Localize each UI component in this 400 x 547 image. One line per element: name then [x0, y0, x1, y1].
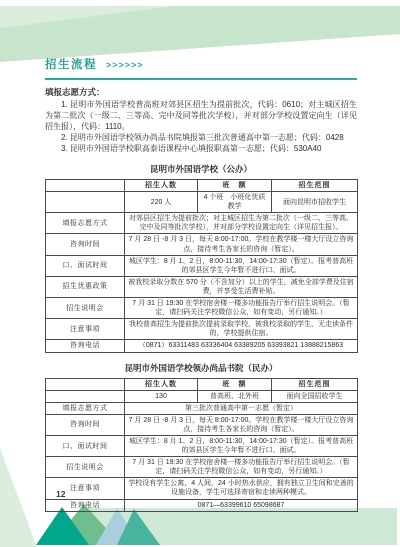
table-row: 咨询时间 7 月 28 日 -8 月 3 日，每天 8:00-17:00。学校在…: [46, 234, 358, 255]
book-page: 招生流程 >>>>>> 填报志愿方式： 1. 昆明市外国语学校普高班对郊县区招生…: [0, 0, 400, 547]
section-header: 招生流程 >>>>>>: [45, 56, 357, 80]
col-header-enrollment: 招生人数: [125, 378, 198, 390]
intro-lead: 填报志愿方式：: [45, 87, 357, 98]
row-value: 城区学生：8 月 1、2 日，8:00-11:30，14:00-17:30（暂定…: [125, 435, 358, 456]
table-row: 招生优惠政策 被我校录取分数在 570 分（不含加分）以上的学生，减免全部学费及…: [46, 276, 358, 297]
row-label: 招生说明会: [46, 298, 125, 319]
table-row: 填报志愿方式 对郊县区招生为提前批次；对主城区招生为第二批次（一级二、三等高、完…: [46, 213, 358, 234]
page-number: 12: [56, 489, 65, 499]
row-label: 填报志愿方式: [46, 213, 125, 234]
col-header-class-size: 班 额: [198, 180, 272, 192]
page-content: 招生流程 >>>>>> 填报志愿方式： 1. 昆明市外国语学校普高班对郊县区招生…: [45, 56, 357, 512]
class-size-value: 普高班、北外班: [198, 390, 272, 402]
row-label: 填报志愿方式: [46, 402, 125, 414]
enrollment-value: 130: [125, 390, 198, 402]
table-row: 口、面试时间 城区学生：8 月 1、2 日，8:00-11:30，14:00-1…: [46, 255, 358, 276]
class-size-value: 4 个班 小班化优质教学: [198, 192, 272, 213]
table1-public-school: 招生人数 班 额 招生范围 220 人 4 个班 小班化优质教学 面向昆明市招收…: [45, 179, 358, 353]
table-row: 咨询时间 7 月 28 日 -8 月 3 日，每天 8:00-17:00。学校在…: [46, 414, 358, 435]
col-header-scope: 招生范围: [272, 180, 358, 192]
enrollment-value: 220 人: [125, 192, 198, 213]
row-label: 咨询时间: [46, 414, 125, 435]
col-header-enrollment: 招生人数: [125, 180, 198, 192]
col-header-scope: 招生范围: [272, 378, 358, 390]
row-value: 7 月 31 日 19:30 在学校宿舍楼一楼多功能报告厅举行招生说明会。（暂定…: [125, 298, 358, 319]
intro-item-2: 2. 昆明市外国语学校领办尚品书院填报第三批次普通高中第一志愿；代码：0428: [45, 132, 357, 143]
row-label: 咨询电话: [46, 340, 125, 352]
table-row: 招生说明会 7 月 31 日 19:30 在学校宿舍楼一楼多功能报告厅举行招生说…: [46, 457, 358, 478]
table-row: 咨询电话 （0871）63311483 63336404 63389205 63…: [46, 340, 358, 352]
row-label: 咨询电话: [46, 499, 125, 511]
table-row: 220 人 4 个班 小班化优质教学 面向昆明市招收学生: [46, 192, 358, 213]
row-value: 对郊县区招生为提前批次；对主城区招生为第二批次（一级二、三等高、完中及同等批次学…: [125, 213, 358, 234]
table-row: 注意事项 学校设有学生公寓，4 人间，24 小时热水供应，拥有独立卫生间和完善的…: [46, 478, 358, 499]
empty-cell: [46, 378, 125, 390]
table-row: 招生人数 班 额 招生范围: [46, 378, 358, 390]
row-value: 7 月 31 日 19:30 在学校宿舍楼一楼多功能报告厅举行招生说明会。（暂定…: [125, 457, 358, 478]
row-label: 口、面试时间: [46, 255, 125, 276]
table-row: 填报志愿方式 第三批次普通高中第一志愿（暂定）: [46, 402, 358, 414]
row-value: （0871）63311483 63336404 63389205 6339382…: [125, 340, 358, 352]
row-label: 口、面试时间: [46, 435, 125, 456]
row-value: 0871—63399610 65098687: [125, 499, 358, 511]
empty-cell: [46, 390, 125, 402]
chevrons-decoration-icon: >>>>>>: [106, 60, 144, 70]
row-value: 7 月 28 日 -8 月 3 日，每天 8:00-17:00。学校在教学楼一楼…: [125, 234, 358, 255]
row-value: 被我校录取分数在 570 分（不含加分）以上的学生，减免全部学费及住宿费，并享受…: [125, 276, 358, 297]
table1-title: 昆明市外国语学校（公办）: [45, 163, 357, 175]
section-title: 招生流程: [45, 56, 97, 72]
intro-item-3: 3. 昆明市外国语学校职高泰语课程中心填报职高第一志愿；代码：530A40: [45, 143, 357, 154]
empty-cell: [46, 180, 125, 192]
table-row: 口、面试时间 城区学生：8 月 1、2 日，8:00-11:30，14:00-1…: [46, 435, 358, 456]
row-label: 招生说明会: [46, 457, 125, 478]
table2-private-academy: 招生人数 班 额 招生范围 130 普高班、北外班 面向全国招收学生 填报志愿方…: [45, 378, 358, 512]
row-value: 7 月 28 日 -8 月 3 日，每天 8:00-17:00。学校在教学楼一楼…: [125, 414, 358, 435]
row-value: 我校普高招生为提前批次提前录取学校，被我校录取的学生，无走读条件的，学校提供住宿…: [125, 319, 358, 340]
row-label: 咨询时间: [46, 234, 125, 255]
intro-paragraph: 填报志愿方式： 1. 昆明市外国语学校普高班对郊县区招生为提前批次，代码：061…: [45, 87, 357, 154]
row-label: 注意事项: [46, 319, 125, 340]
table-row: 咨询电话 0871—63399610 65098687: [46, 499, 358, 511]
row-label: 招生优惠政策: [46, 276, 125, 297]
table-row: 130 普高班、北外班 面向全国招收学生: [46, 390, 358, 402]
row-value: 第三批次普通高中第一志愿（暂定）: [125, 402, 358, 414]
row-value: 学校设有学生公寓，4 人间，24 小时热水供应，拥有独立卫生间和完善的设施设备，…: [125, 478, 358, 499]
scope-value: 面向全国招收学生: [272, 390, 358, 402]
table-row: 注意事项 我校普高招生为提前批次提前录取学校，被我校录取的学生，无走读条件的，学…: [46, 319, 358, 340]
table-row: 招生说明会 7 月 31 日 19:30 在学校宿舍楼一楼多功能报告厅举行招生说…: [46, 298, 358, 319]
intro-item-1: 1. 昆明市外国语学校普高班对郊县区招生为提前批次，代码：0610；对主城区招生…: [45, 99, 357, 132]
table-row: 招生人数 班 额 招生范围: [46, 180, 358, 192]
scope-value: 面向昆明市招收学生: [272, 192, 358, 213]
empty-cell: [46, 192, 125, 213]
row-value: 城区学生：8 月 1、2 日，8:00-11:30，14:00-17:30（暂定…: [125, 255, 358, 276]
table2-title: 昆明市外国语学校领办尚品书院（民办）: [45, 362, 357, 374]
col-header-class-size: 班 额: [198, 378, 272, 390]
